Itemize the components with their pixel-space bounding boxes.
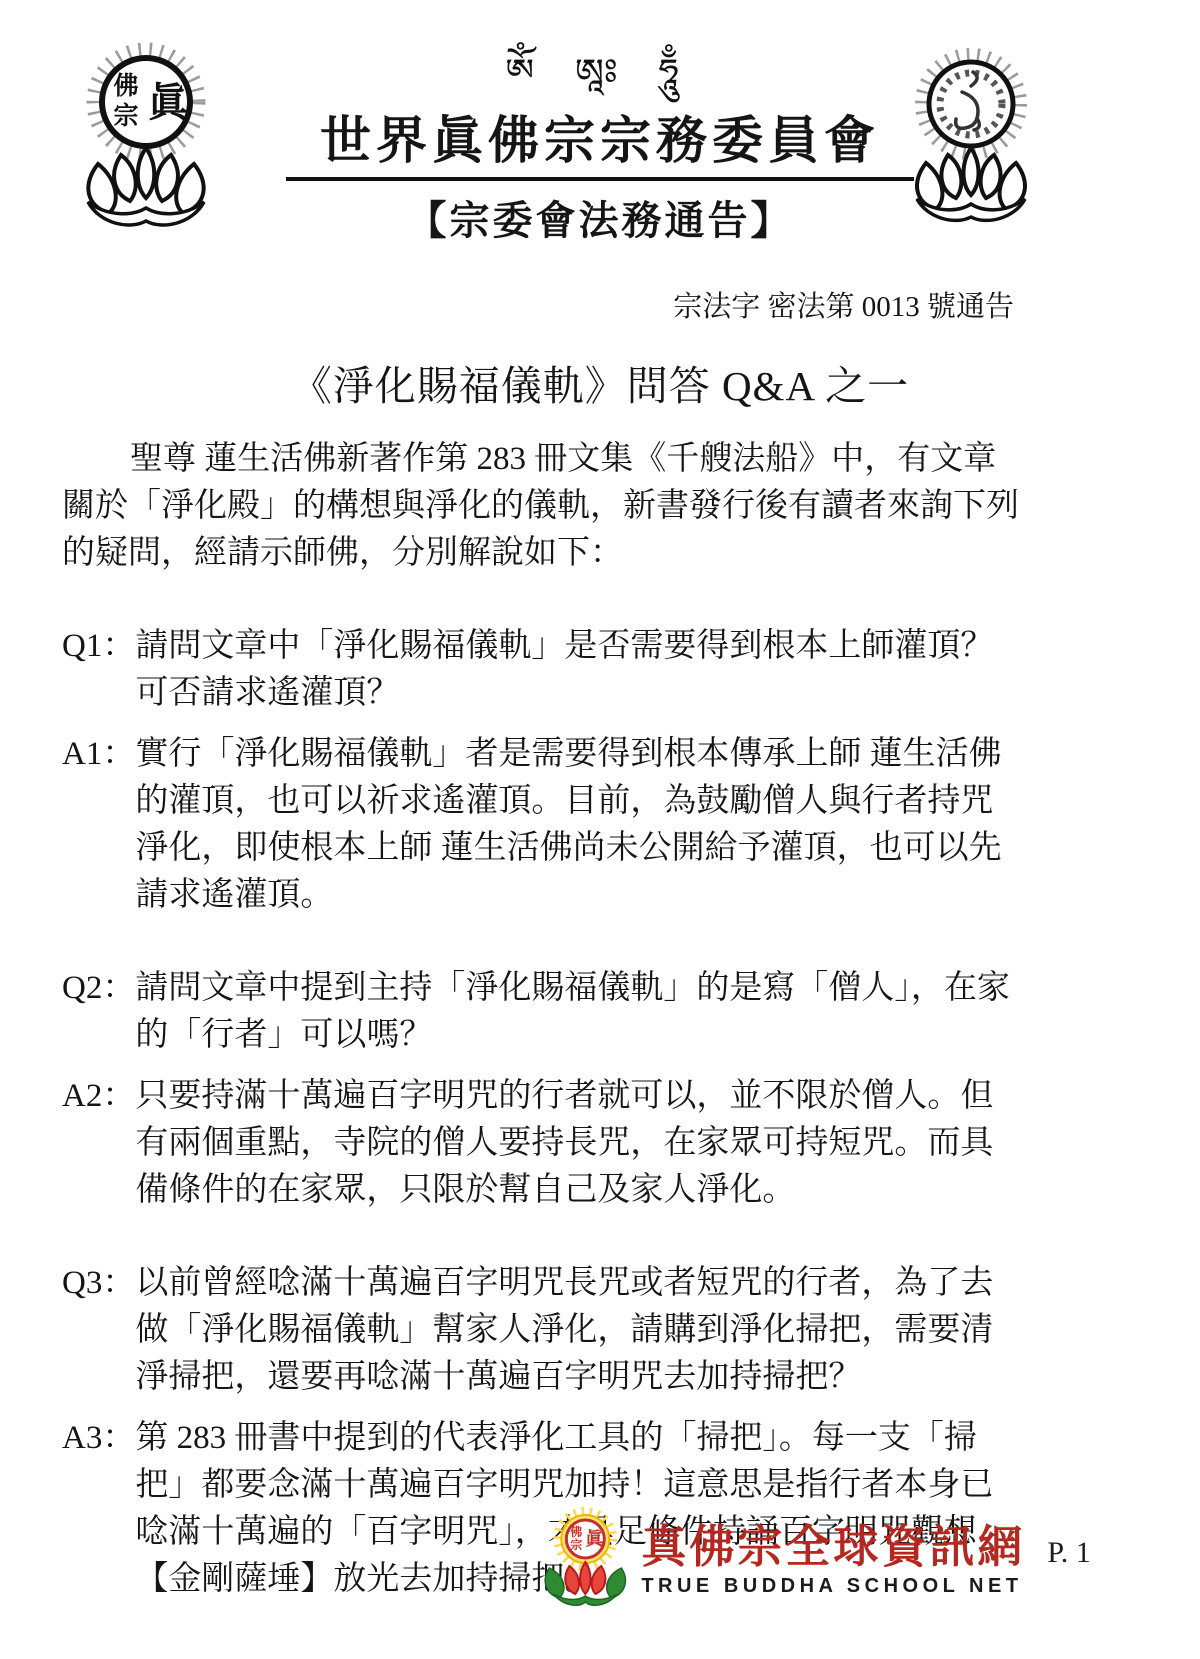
intro-line: 關於「淨化殿」的構想與淨化的儀軌，新書發行後有讀者來詢下列: [62, 483, 1138, 530]
document-title: 《淨化賜福儀軌》問答 Q&A 之一: [0, 353, 1200, 412]
organization-name: 世界眞佛宗宗務委員會: [270, 99, 930, 173]
footer: 佛 宗 眞 真佛宗全球資訊網 P. 1 TRUE BUDDHA SCHOOL N…: [539, 1506, 1090, 1615]
footer-title-row: 真佛宗全球資訊網 P. 1: [641, 1523, 1090, 1570]
qa-line: 做「淨化賜福儀軌」幫家人淨化，請購到淨化掃把，需要清: [135, 1307, 1138, 1354]
intro-paragraph: 聖尊 蓮生活佛新著作第 283 冊文集《千艘法船》中，有文章 關於「淨化殿」的構…: [62, 436, 1138, 577]
qa-line: 請求遙灌頂。: [135, 872, 1138, 919]
footer-site-name-en: TRUE BUDDHA SCHOOL NET: [641, 1575, 1090, 1598]
footer-logo-char-zong: 宗: [570, 1537, 582, 1552]
qa-label: A2：: [62, 1073, 135, 1214]
qa-text: 以前曾經唸滿十萬遍百字明咒長咒或者短咒的行者，為了去 做「淨化賜福儀軌」幫家人淨…: [135, 1260, 1138, 1401]
qa-block-q3: Q3： 以前曾經唸滿十萬遍百字明咒長咒或者短咒的行者，為了去 做「淨化賜福儀軌」…: [62, 1260, 1138, 1401]
qa-line: 備條件的在家眾，只限於幫自己及家人淨化。: [135, 1167, 1138, 1214]
notice-banner: 【宗委會法務通告】: [270, 189, 930, 246]
qa-line: 淨化，即使根本上師 蓮生活佛尚未公開給予灌頂，也可以先: [135, 825, 1138, 872]
lotus-emblem-right-icon: [892, 42, 1050, 228]
page-number: P. 1: [1047, 1536, 1090, 1570]
footer-logo-char-zhen: 眞: [585, 1528, 604, 1550]
qa-label: A1：: [62, 731, 135, 919]
qa-label: A3：: [62, 1415, 135, 1603]
footer-logo-char-fo: 佛: [569, 1524, 582, 1539]
true-buddha-school-net-logo-icon: 佛 宗 眞: [539, 1506, 631, 1615]
qa-line: 把」都要念滿十萬遍百字明咒加持！這意思是指行者本身已: [135, 1462, 1138, 1509]
qa-text: 請問文章中「淨化賜福儀軌」是否需要得到根本上師灌頂？ 可否請求遙灌頂？: [135, 623, 1138, 717]
intro-line: 聖尊 蓮生活佛新著作第 283 冊文集《千艘法船》中，有文章: [62, 436, 1138, 483]
qa-block-q2: Q2： 請問文章中提到主持「淨化賜福儀軌」的是寫「僧人」，在家 的「行者」可以嗎…: [62, 965, 1138, 1059]
qa-block-a1: A1： 實行「淨化賜福儀軌」者是需要得到根本傳承上師 蓮生活佛 的灌頂，也可以祈…: [62, 731, 1138, 919]
qa-label: Q2：: [62, 965, 135, 1059]
notice-reference-number: 宗法字 密法第 0013 號通告: [0, 284, 1200, 325]
true-buddha-school-emblem-icon: 佛 宗 眞: [62, 36, 230, 237]
qa-line: 請問文章中提到主持「淨化賜福儀軌」的是寫「僧人」，在家: [135, 965, 1138, 1012]
qa-block-q1: Q1： 請問文章中「淨化賜福儀軌」是否需要得到根本上師灌頂？ 可否請求遙灌頂？: [62, 623, 1138, 717]
qa-line: 可否請求遙灌頂？: [135, 670, 1138, 717]
qa-label: Q3：: [62, 1260, 135, 1401]
header-center: ཨོཾ ཨཱཿ ཧཱུྃ 世界眞佛宗宗務委員會 【宗委會法務通告】: [270, 52, 930, 246]
qa-line: 請問文章中「淨化賜福儀軌」是否需要得到根本上師灌頂？: [135, 623, 1138, 670]
qa-line: 實行「淨化賜福儀軌」者是需要得到根本傳承上師 蓮生活佛: [135, 731, 1138, 778]
lotus-emblem-left-icon: 佛 宗 眞: [62, 36, 230, 232]
qa-line: 的「行者」可以嗎？: [135, 1012, 1138, 1059]
qa-line: 以前曾經唸滿十萬遍百字明咒長咒或者短咒的行者，為了去: [135, 1260, 1138, 1307]
qa-text: 只要持滿十萬遍百字明咒的行者就可以，並不限於僧人。但 有兩個重點，寺院的僧人要持…: [135, 1073, 1138, 1214]
qa-label: Q1：: [62, 623, 135, 717]
qa-line: 第 283 冊書中提到的代表淨化工具的「掃把」。每一支「掃: [135, 1415, 1138, 1462]
tibetan-seed-syllables: ཨོཾ ཨཱཿ ཧཱུྃ: [270, 52, 930, 93]
qa-line: 的灌頂，也可以祈求遙灌頂。目前，為鼓勵僧人與行者持咒: [135, 778, 1138, 825]
qa-text: 請問文章中提到主持「淨化賜福儀軌」的是寫「僧人」，在家 的「行者」可以嗎？: [135, 965, 1138, 1059]
tibetan-mantra-emblem-icon: [892, 42, 1050, 233]
qa-line: 淨掃把，還要再唸滿十萬遍百字明咒去加持掃把？: [135, 1354, 1138, 1401]
footer-text: 真佛宗全球資訊網 P. 1 TRUE BUDDHA SCHOOL NET: [641, 1523, 1090, 1598]
footer-site-name-zh: 真佛宗全球資訊網: [641, 1523, 1025, 1570]
header-divider: [286, 177, 914, 181]
document-page: 佛 宗 眞: [0, 0, 1200, 1659]
intro-line: 的疑問，經請示師佛，分別解說如下：: [62, 530, 1138, 577]
footer-lotus-logo-icon: 佛 宗 眞: [539, 1506, 631, 1610]
qa-text: 實行「淨化賜福儀軌」者是需要得到根本傳承上師 蓮生活佛 的灌頂，也可以祈求遙灌頂…: [135, 731, 1138, 919]
emblem-char-zong: 宗: [113, 101, 138, 130]
emblem-char-fo: 佛: [113, 71, 138, 100]
document-body: 聖尊 蓮生活佛新著作第 283 冊文集《千艘法船》中，有文章 關於「淨化殿」的構…: [0, 436, 1200, 1603]
qa-block-a2: A2： 只要持滿十萬遍百字明咒的行者就可以，並不限於僧人。但 有兩個重點，寺院的…: [62, 1073, 1138, 1214]
document-header: 佛 宗 眞: [0, 0, 1200, 270]
qa-line: 只要持滿十萬遍百字明咒的行者就可以，並不限於僧人。但: [135, 1073, 1138, 1120]
qa-line: 有兩個重點，寺院的僧人要持長咒，在家眾可持短咒。而具: [135, 1120, 1138, 1167]
emblem-char-zhen: 眞: [148, 79, 190, 126]
